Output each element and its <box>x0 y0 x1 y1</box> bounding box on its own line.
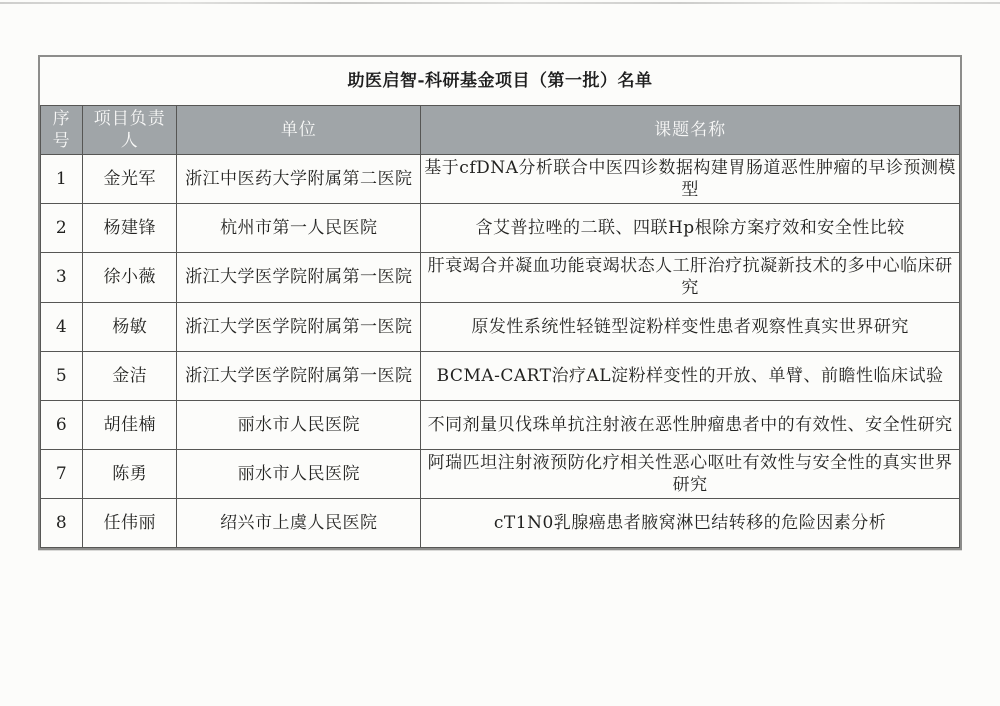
organization-cell: 浙江大学医学院附属第一医院 <box>177 302 421 351</box>
row-index-cell: 7 <box>41 449 83 498</box>
table-row: 4 杨敏 浙江大学医学院附属第一医院 原发性系统性轻链型淀粉样变性患者观察性真实… <box>41 302 960 351</box>
project-title-cell: BCMA-CART治疗AL淀粉样变性的开放、单臂、前瞻性临床试验 <box>421 351 960 400</box>
leader-cell: 杨建锋 <box>83 204 177 253</box>
project-table: 序号 项目负责人 单位 课题名称 1 金光军 浙江中医药大学附属第二医院 基于c… <box>40 105 960 548</box>
organization-cell: 浙江中医药大学附属第二医院 <box>177 155 421 204</box>
table-row: 3 徐小薇 浙江大学医学院附属第一医院 肝衰竭合并凝血功能衰竭状态人工肝治疗抗凝… <box>41 253 960 302</box>
header-row: 序号 项目负责人 单位 课题名称 <box>41 106 960 155</box>
table-header: 序号 项目负责人 单位 课题名称 <box>41 106 960 155</box>
table-row: 6 胡佳楠 丽水市人民医院 不同剂量贝伐珠单抗注射液在恶性肿瘤患者中的有效性、安… <box>41 400 960 449</box>
project-title-cell: 不同剂量贝伐珠单抗注射液在恶性肿瘤患者中的有效性、安全性研究 <box>421 400 960 449</box>
row-index-cell: 2 <box>41 204 83 253</box>
column-header-leader: 项目负责人 <box>83 106 177 155</box>
table-row: 2 杨建锋 杭州市第一人民医院 含艾普拉唑的二联、四联Hp根除方案疗效和安全性比… <box>41 204 960 253</box>
row-index-cell: 4 <box>41 302 83 351</box>
leader-cell: 金光军 <box>83 155 177 204</box>
organization-cell: 丽水市人民医院 <box>177 400 421 449</box>
organization-cell: 绍兴市上虞人民医院 <box>177 498 421 547</box>
project-title-cell: 阿瑞匹坦注射液预防化疗相关性恶心呕吐有效性与安全性的真实世界研究 <box>421 449 960 498</box>
organization-cell: 丽水市人民医院 <box>177 449 421 498</box>
row-index-cell: 8 <box>41 498 83 547</box>
table-row: 7 陈勇 丽水市人民医院 阿瑞匹坦注射液预防化疗相关性恶心呕吐有效性与安全性的真… <box>41 449 960 498</box>
row-index-cell: 3 <box>41 253 83 302</box>
leader-cell: 任伟丽 <box>83 498 177 547</box>
row-index-cell: 5 <box>41 351 83 400</box>
column-header-index: 序号 <box>41 106 83 155</box>
project-title-cell: 原发性系统性轻链型淀粉样变性患者观察性真实世界研究 <box>421 302 960 351</box>
organization-cell: 浙江大学医学院附属第一医院 <box>177 351 421 400</box>
organization-cell: 浙江大学医学院附属第一医院 <box>177 253 421 302</box>
table-title: 助医启智-科研基金项目（第一批）名单 <box>40 57 960 105</box>
organization-cell: 杭州市第一人民医院 <box>177 204 421 253</box>
table-row: 1 金光军 浙江中医药大学附属第二医院 基于cfDNA分析联合中医四诊数据构建胃… <box>41 155 960 204</box>
project-title-cell: 基于cfDNA分析联合中医四诊数据构建胃肠道恶性肿瘤的早诊预测模型 <box>421 155 960 204</box>
project-title-cell: 肝衰竭合并凝血功能衰竭状态人工肝治疗抗凝新技术的多中心临床研究 <box>421 253 960 302</box>
funding-project-table: 助医启智-科研基金项目（第一批）名单 序号 项目负责人 单位 课题名称 1 金光… <box>38 55 962 550</box>
leader-cell: 徐小薇 <box>83 253 177 302</box>
leader-cell: 胡佳楠 <box>83 400 177 449</box>
table-body: 1 金光军 浙江中医药大学附属第二医院 基于cfDNA分析联合中医四诊数据构建胃… <box>41 155 960 548</box>
row-index-cell: 1 <box>41 155 83 204</box>
scan-artifact-line <box>0 2 1000 4</box>
leader-cell: 杨敏 <box>83 302 177 351</box>
table-row: 8 任伟丽 绍兴市上虞人民医院 cT1N0乳腺癌患者腋窝淋巴结转移的危险因素分析 <box>41 498 960 547</box>
column-header-project-title: 课题名称 <box>421 106 960 155</box>
document-page: 助医启智-科研基金项目（第一批）名单 序号 项目负责人 单位 课题名称 1 金光… <box>0 0 1000 706</box>
leader-cell: 陈勇 <box>83 449 177 498</box>
project-title-cell: cT1N0乳腺癌患者腋窝淋巴结转移的危险因素分析 <box>421 498 960 547</box>
row-index-cell: 6 <box>41 400 83 449</box>
table-row: 5 金洁 浙江大学医学院附属第一医院 BCMA-CART治疗AL淀粉样变性的开放… <box>41 351 960 400</box>
leader-cell: 金洁 <box>83 351 177 400</box>
column-header-organization: 单位 <box>177 106 421 155</box>
project-title-cell: 含艾普拉唑的二联、四联Hp根除方案疗效和安全性比较 <box>421 204 960 253</box>
